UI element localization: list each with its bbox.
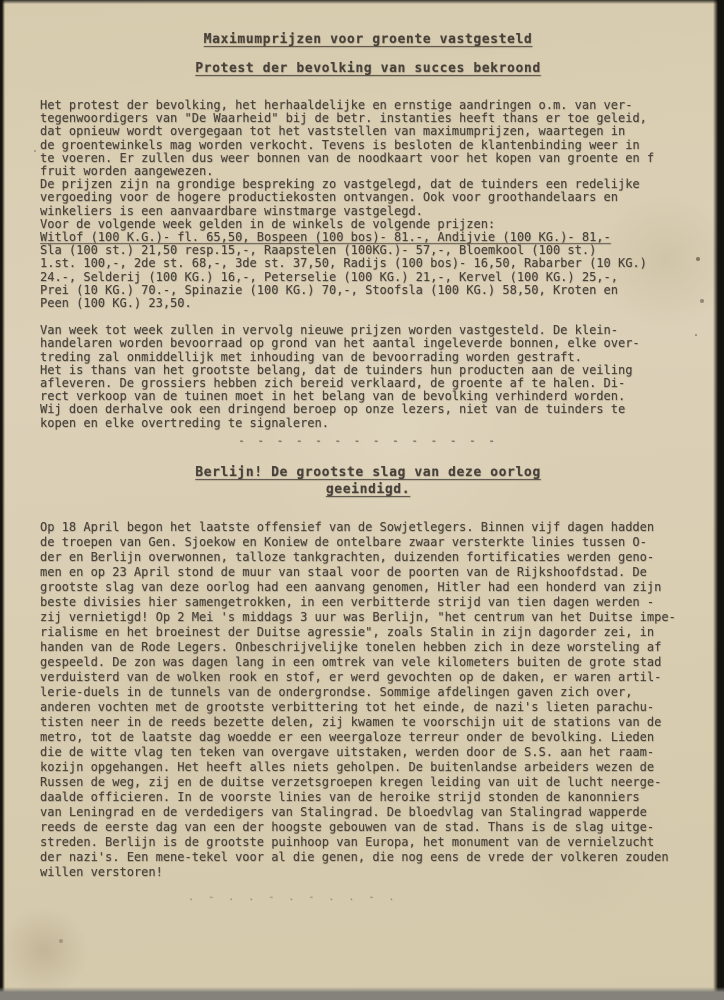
scanned-document-page: Maximumprijzen voor groente vastgesteld … [0, 0, 724, 1000]
main-title: Maximumprijzen voor groente vastgesteld [40, 32, 696, 48]
subtitle: Protest der bevolking van succes bekroon… [40, 61, 696, 77]
typed-dash-separator: - - - - - - - - - - - - - - [40, 434, 696, 447]
document-content: Maximumprijzen voor groente vastgesteld … [40, 32, 696, 903]
paragraph-appeal: Het is thans van het grootste belang, da… [40, 364, 696, 430]
paragraph-berlin: Op 18 April begon het laatste offensief … [40, 520, 696, 880]
price-list: Sla (100 st.) 21,50 resp.15,-, Raapstele… [40, 244, 696, 310]
scan-edge-bottom [0, 987, 724, 1000]
scan-edge-top [0, 0, 724, 4]
faint-dot-separator: . - . . - . - . . - . [188, 892, 696, 903]
scan-edge-left [0, 0, 5, 1000]
berlin-title-line1: Berlijn! De grootste slag van deze oorlo… [40, 465, 696, 481]
paragraph-weekly-prices: Van week tot week zullen in vervolg nieu… [40, 324, 696, 364]
berlin-title-line2: geeindigd. [40, 482, 696, 498]
paragraph-protest: Het protest der bevolking, het herhaalde… [40, 99, 696, 178]
scan-edge-right [713, 0, 724, 1000]
paragraph-prices-intro: De prijzen zijn na grondige bespreking z… [40, 178, 696, 231]
